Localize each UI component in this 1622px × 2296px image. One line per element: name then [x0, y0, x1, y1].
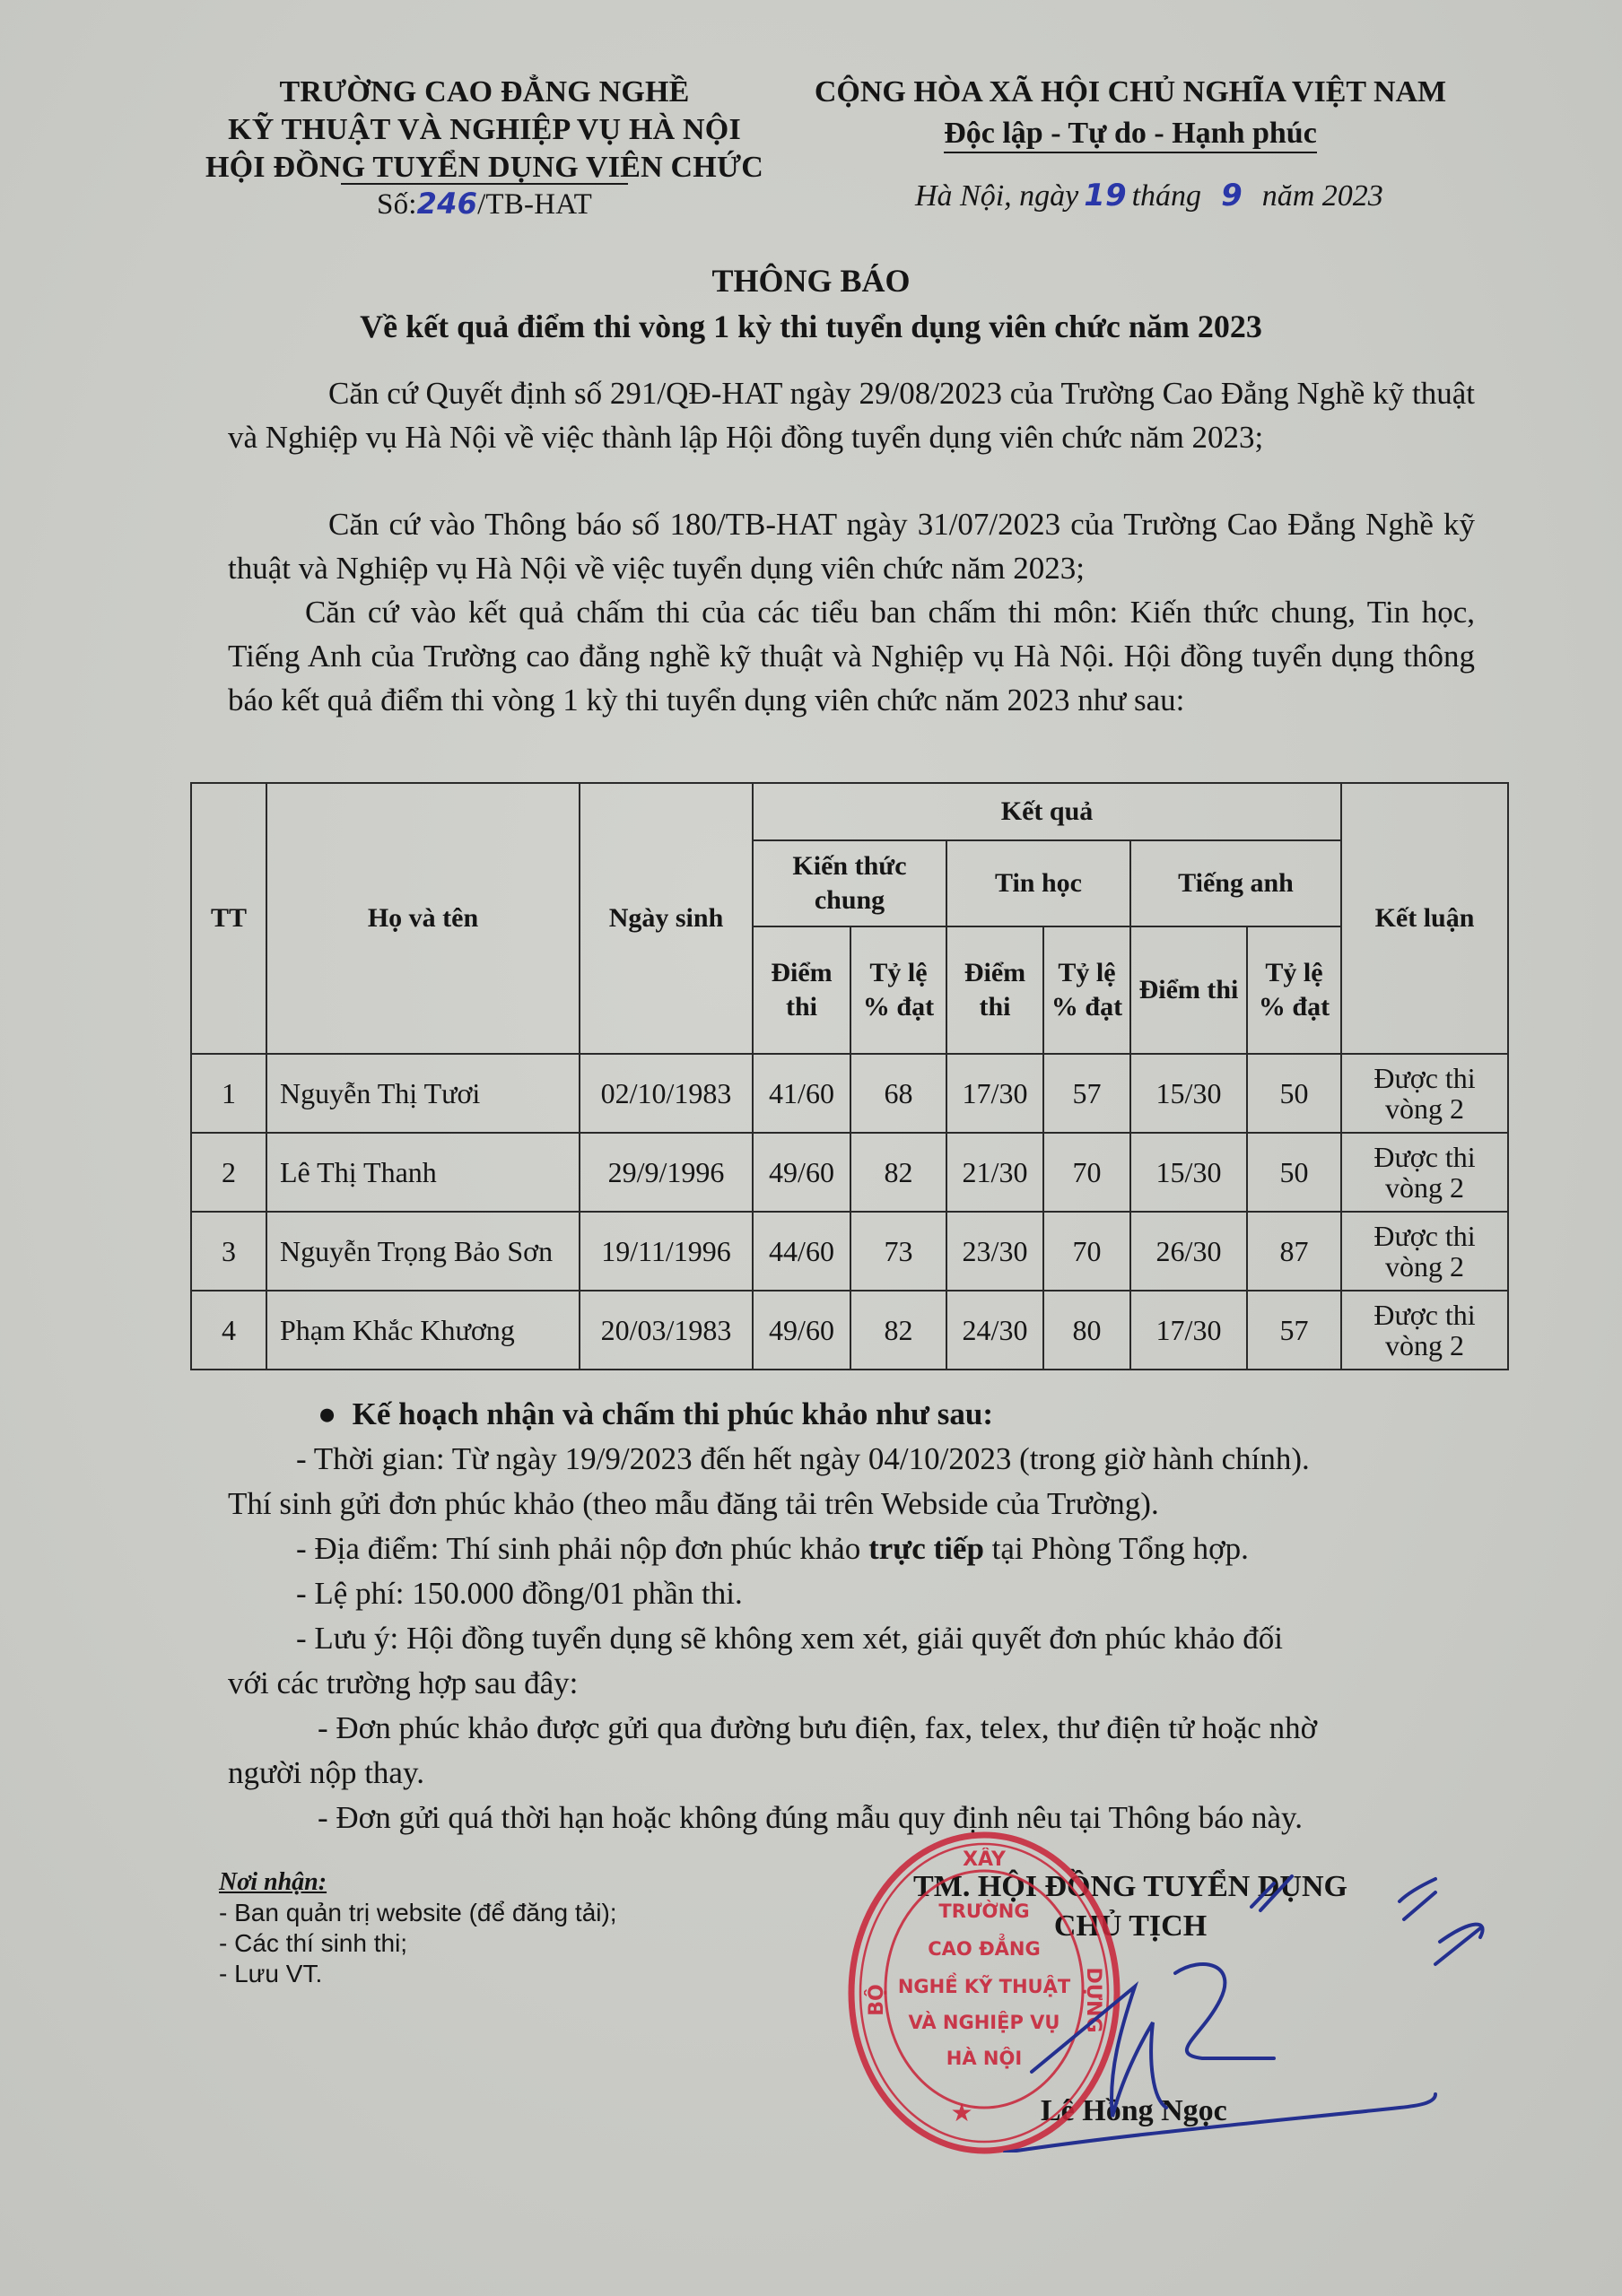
issue-date: Hà Nội, ngày19tháng9năm 2023 [915, 178, 1383, 213]
english-score: 17/30 [1130, 1291, 1247, 1370]
appeal-plan-heading: ● Kế hoạch nhận và chấm thi phúc khảo nh… [228, 1392, 1484, 1437]
candidate-name: Lê Thị Thanh [266, 1133, 580, 1212]
col-header-general-pct: Tỷ lệ % đạt [850, 926, 946, 1054]
appeal-plan-heading-text: Kế hoạch nhận và chấm thi phúc khảo như … [353, 1396, 993, 1431]
appeal-location: - Địa điểm: Thí sinh phải nộp đơn phúc k… [228, 1526, 1484, 1571]
date-of-birth: 19/11/1996 [580, 1212, 753, 1291]
english-score: 15/30 [1130, 1054, 1247, 1133]
conclusion: Được thi vòng 2 [1341, 1212, 1508, 1291]
english-pass-rate: 57 [1247, 1291, 1341, 1370]
general-pass-rate: 68 [850, 1054, 946, 1133]
paragraph-decision: Căn cứ Quyết định số 291/QĐ-HAT ngày 29/… [228, 371, 1475, 459]
paragraph-results-basis: Căn cứ vào kết quả chấm thi của các tiểu… [228, 590, 1475, 722]
candidate-name: Nguyễn Trọng Bảo Sơn [266, 1212, 580, 1291]
conclusion: Được thi vòng 2 [1341, 1133, 1508, 1212]
col-header-it: Tin học [946, 840, 1130, 926]
it-score: 23/30 [946, 1212, 1043, 1291]
recipients-title: Nơi nhận: [219, 1867, 617, 1898]
issuer-line-2: KỸ THUẬT VÀ NGHIỆP VỤ HÀ NỘI [179, 111, 789, 149]
col-header-dob: Ngày sinh [580, 783, 753, 1054]
date-of-birth: 02/10/1983 [580, 1054, 753, 1133]
it-score: 17/30 [946, 1054, 1043, 1133]
col-header-english-score: Điểm thi [1130, 926, 1247, 1054]
bullet-icon: ● [318, 1396, 353, 1431]
candidate-name: Nguyễn Thị Tươi [266, 1054, 580, 1133]
appeal-note: - Lưu ý: Hội đồng tuyển dụng sẽ không xe… [228, 1616, 1484, 1661]
row-number: 2 [191, 1133, 266, 1212]
date-prefix: Hà Nội, ngày [915, 179, 1078, 213]
general-pass-rate: 82 [850, 1291, 946, 1370]
location-emphasis: trực tiếp [868, 1531, 984, 1566]
date-day-handwritten: 19 [1084, 178, 1126, 213]
it-score: 21/30 [946, 1133, 1043, 1212]
general-pass-rate: 73 [850, 1212, 946, 1291]
country-name: CỘNG HÒA XÃ HỘI CHỦ NGHĨA VIỆT NAM [772, 72, 1489, 113]
national-motto: Độc lập - Tự do - Hạnh phúc [944, 116, 1317, 153]
date-month-handwritten: 9 [1221, 178, 1243, 213]
english-score: 15/30 [1130, 1133, 1247, 1212]
general-score: 49/60 [753, 1133, 850, 1212]
recipient-item: - Ban quản trị website (để đăng tải); [219, 1898, 617, 1928]
english-score: 26/30 [1130, 1212, 1247, 1291]
candidate-name: Phạm Khắc Khương [266, 1291, 580, 1370]
general-score: 44/60 [753, 1212, 850, 1291]
date-month-label: tháng [1132, 179, 1201, 213]
conclusion: Được thi vòng 2 [1341, 1291, 1508, 1370]
col-header-general-knowledge: Kiến thức chung [753, 840, 946, 926]
col-header-it-pct: Tỷ lệ % đạt [1043, 926, 1130, 1054]
appeal-plan-section: ● Kế hoạch nhận và chấm thi phúc khảo nh… [228, 1392, 1484, 1840]
col-header-english-pct: Tỷ lệ % đạt [1247, 926, 1341, 1054]
document-subtitle: Về kết quả điểm thi vòng 1 kỳ thi tuyển … [0, 308, 1622, 345]
excluded-case-1: - Đơn phúc khảo được gửi qua đường bưu đ… [228, 1706, 1484, 1751]
date-year: năm 2023 [1262, 179, 1383, 213]
conclusion: Được thi vòng 2 [1341, 1054, 1508, 1133]
document-page: TRƯỜNG CAO ĐẲNG NGHỀ KỸ THUẬT VÀ NGHIỆP … [0, 0, 1622, 2296]
location-prefix: - Địa điểm: Thí sinh phải nộp đơn phúc k… [296, 1531, 868, 1566]
col-header-tt: TT [191, 783, 266, 1054]
recipient-item: - Các thí sinh thi; [219, 1928, 617, 1959]
excluded-case-1-cont: người nộp thay. [228, 1751, 1484, 1796]
it-pass-rate: 57 [1043, 1054, 1130, 1133]
it-pass-rate: 80 [1043, 1291, 1130, 1370]
table-row: 2Lê Thị Thanh29/9/199649/608221/307015/3… [191, 1133, 1508, 1212]
general-score: 41/60 [753, 1054, 850, 1133]
col-header-it-score: Điểm thi [946, 926, 1043, 1054]
handwritten-signature-icon [897, 1865, 1525, 2152]
issuer-header: TRƯỜNG CAO ĐẲNG NGHỀ KỸ THUẬT VÀ NGHIỆP … [179, 74, 789, 223]
svg-text:BỘ: BỘ [864, 1984, 888, 2015]
national-header: CỘNG HÒA XÃ HỘI CHỦ NGHĨA VIỆT NAM Độc l… [772, 72, 1489, 154]
it-score: 24/30 [946, 1291, 1043, 1370]
appeal-fee: - Lệ phí: 150.000 đồng/01 phần thi. [228, 1571, 1484, 1616]
paragraph-announcement: Căn cứ vào Thông báo số 180/TB-HAT ngày … [228, 502, 1475, 590]
general-score: 49/60 [753, 1291, 850, 1370]
appeal-note-cont: với các trường hợp sau đây: [228, 1661, 1484, 1706]
document-number: Số:246/TB-HAT [179, 185, 789, 223]
issuer-line-1: TRƯỜNG CAO ĐẲNG NGHỀ [179, 74, 789, 111]
col-header-conclusion: Kết luận [1341, 783, 1508, 1054]
document-title: THÔNG BÁO [0, 262, 1622, 300]
col-header-result: Kết quả [753, 783, 1341, 840]
recipient-item: - Lưu VT. [219, 1959, 617, 1989]
recipients: Nơi nhận: - Ban quản trị website (để đăn… [219, 1867, 617, 1989]
issuer-line-3: HỘI ĐỒNG TUYỂN DỤNG VIÊN CHỨC [179, 149, 789, 187]
col-header-general-score: Điểm thi [753, 926, 850, 1054]
english-pass-rate: 87 [1247, 1212, 1341, 1291]
it-pass-rate: 70 [1043, 1133, 1130, 1212]
col-header-english: Tiếng anh [1130, 840, 1341, 926]
appeal-time-cont: Thí sinh gửi đơn phúc khảo (theo mẫu đăn… [228, 1482, 1484, 1526]
appeal-time: - Thời gian: Từ ngày 19/9/2023 đến hết n… [228, 1437, 1484, 1482]
table-row: 3Nguyễn Trọng Bảo Sơn19/11/199644/607323… [191, 1212, 1508, 1291]
location-suffix: tại Phòng Tổng hợp. [984, 1531, 1249, 1566]
doc-number-suffix: /TB-HAT [477, 188, 592, 221]
row-number: 4 [191, 1291, 266, 1370]
english-pass-rate: 50 [1247, 1133, 1341, 1212]
row-number: 3 [191, 1212, 266, 1291]
general-pass-rate: 82 [850, 1133, 946, 1212]
it-pass-rate: 70 [1043, 1212, 1130, 1291]
date-of-birth: 20/03/1983 [580, 1291, 753, 1370]
row-number: 1 [191, 1054, 266, 1133]
doc-number-prefix: Số: [377, 188, 417, 221]
date-of-birth: 29/9/1996 [580, 1133, 753, 1212]
doc-number-handwritten: 246 [417, 187, 477, 221]
col-header-name: Họ và tên [266, 783, 580, 1054]
table-row: 1Nguyễn Thị Tươi02/10/198341/606817/3057… [191, 1054, 1508, 1133]
table-row: 4Phạm Khắc Khương20/03/198349/608224/308… [191, 1291, 1508, 1370]
english-pass-rate: 50 [1247, 1054, 1341, 1133]
results-table: TT Họ và tên Ngày sinh Kết quả Kết luận … [190, 782, 1509, 1370]
